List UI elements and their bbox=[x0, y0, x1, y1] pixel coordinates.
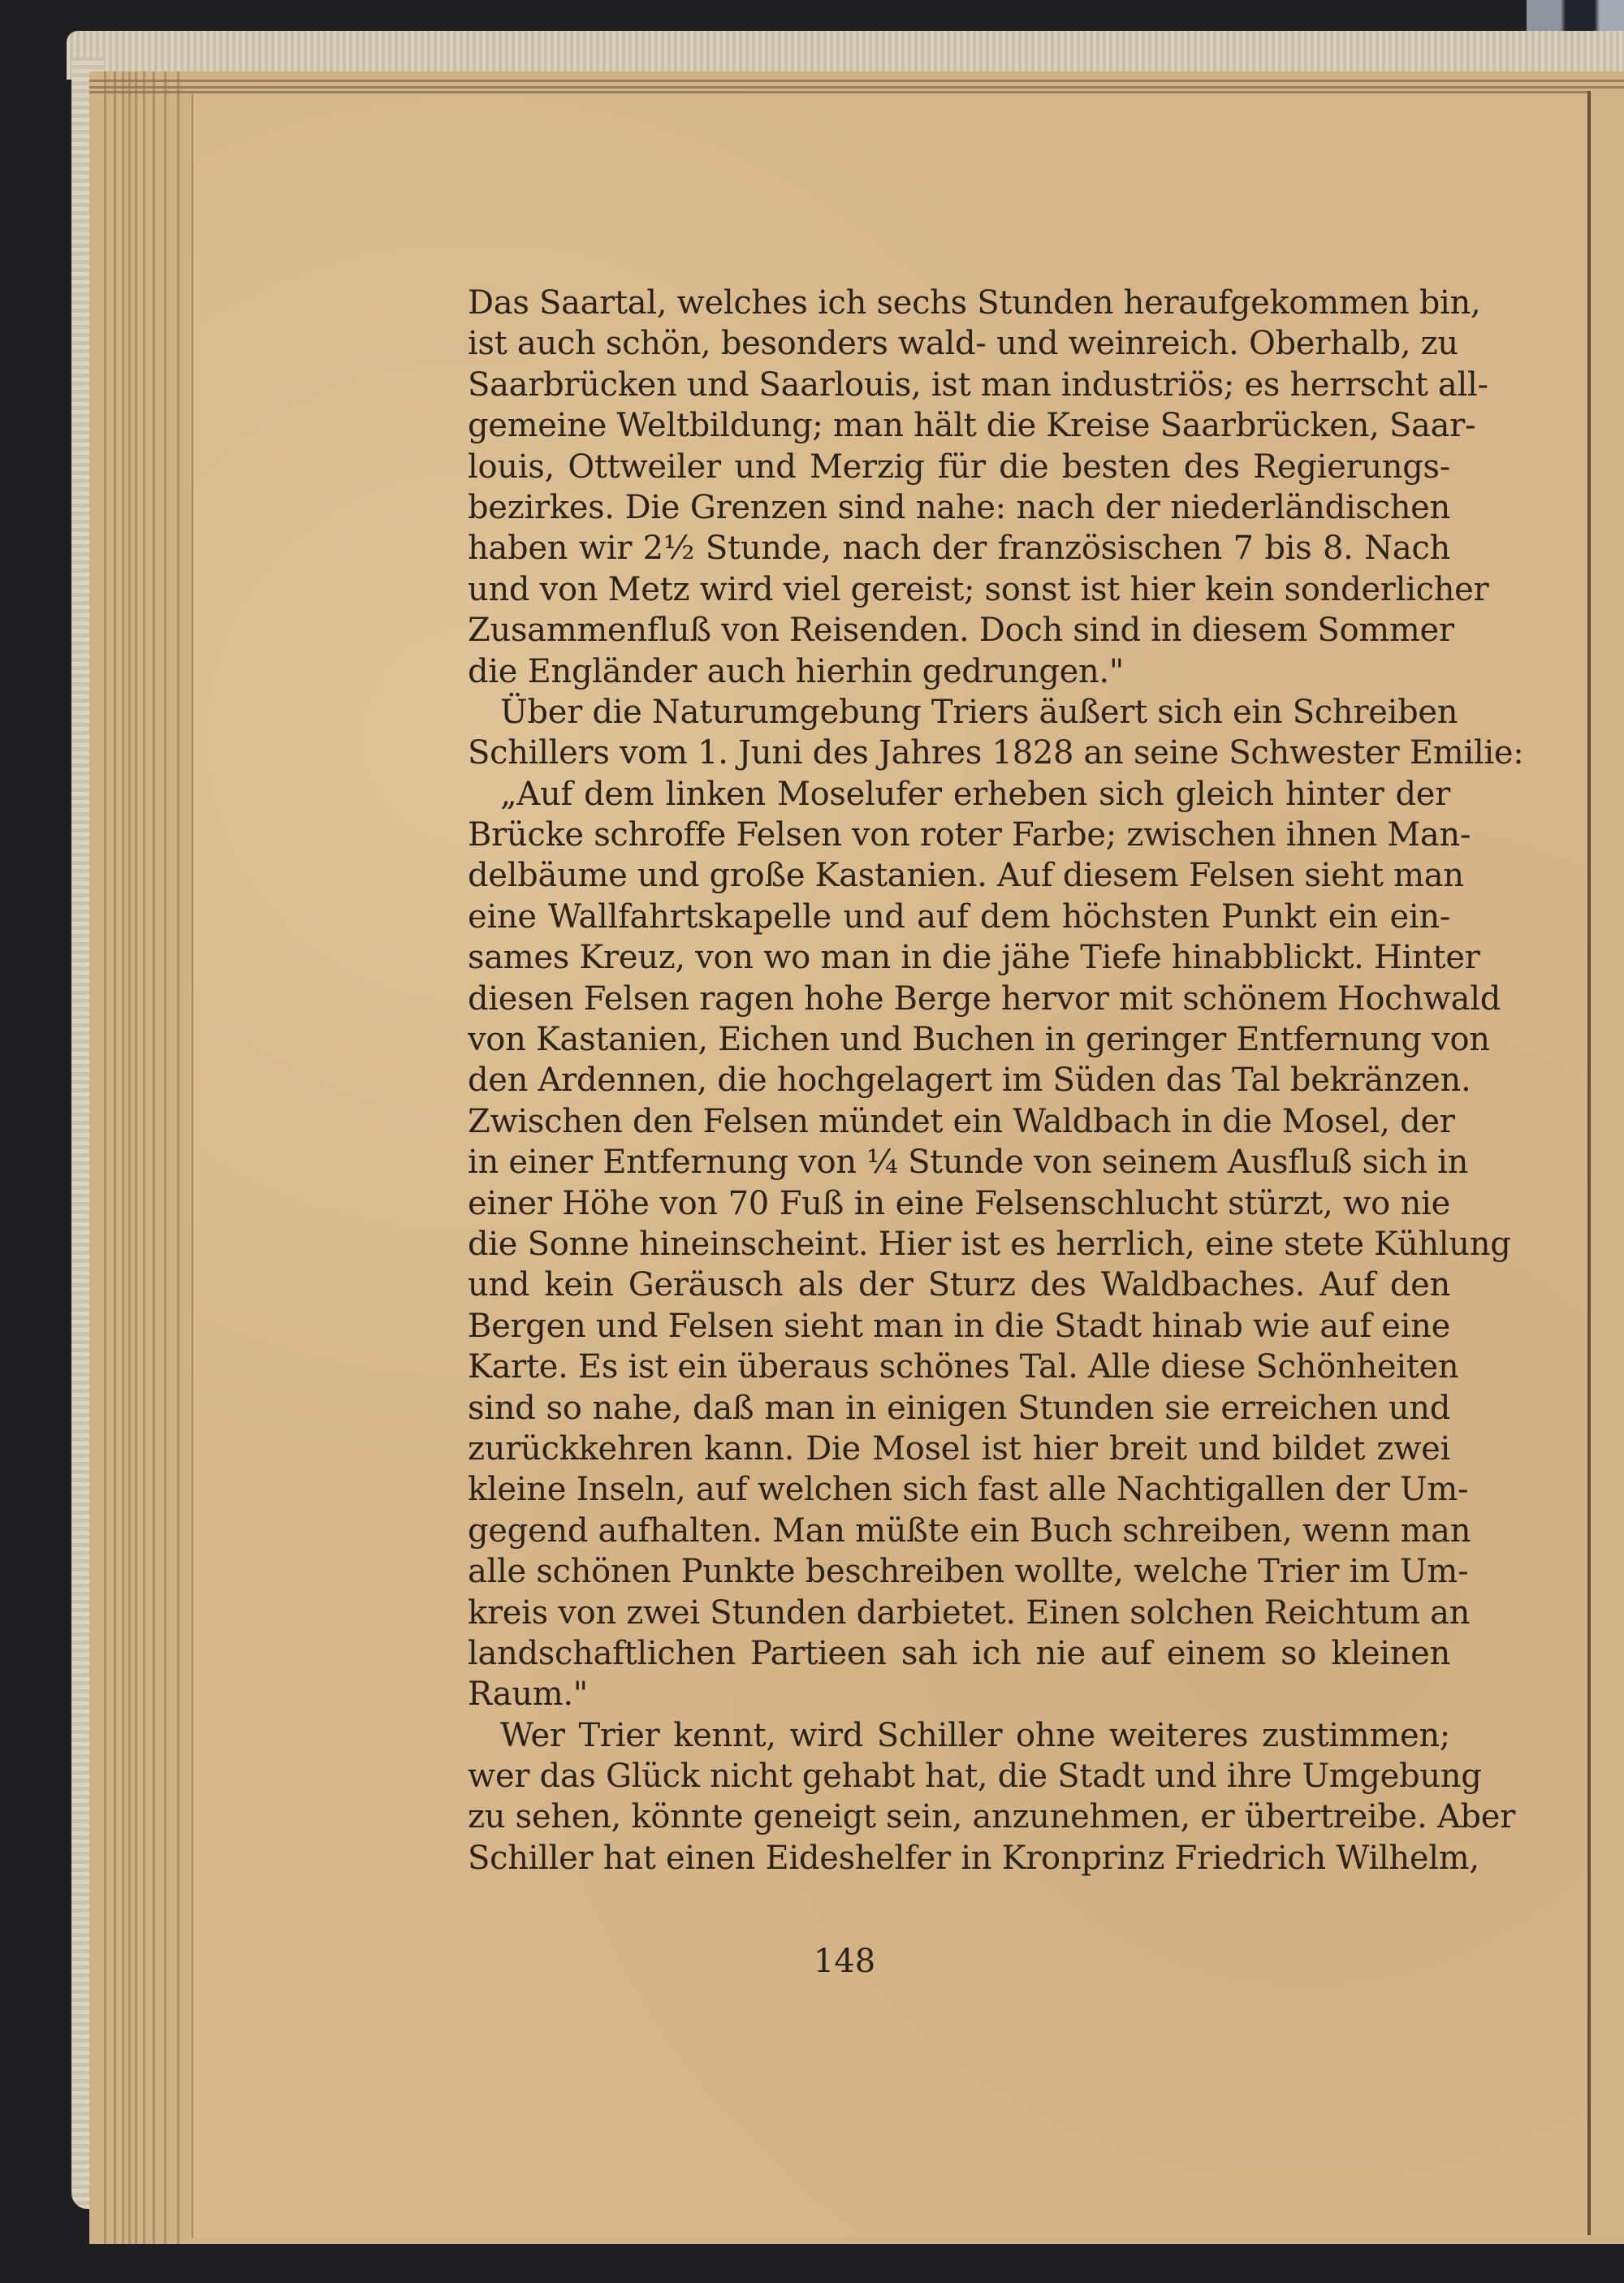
text-line: haben wir 2½ Stunde, nach der französisc… bbox=[468, 528, 1450, 569]
paragraph-start-line: Über die Naturumgebung Triers äußert sic… bbox=[468, 692, 1450, 733]
page-edge-line bbox=[122, 71, 124, 2244]
page-edge-line bbox=[177, 71, 179, 2244]
text-line: sames Kreuz, von wo man in die jähe Tief… bbox=[468, 937, 1450, 978]
page-edge-line bbox=[89, 80, 1624, 82]
text-line: den Ardennen, die hochgelagert im Süden … bbox=[468, 1060, 1450, 1100]
text-line: eine Wallfahrtskapelle und auf dem höchs… bbox=[468, 897, 1450, 937]
page-edge-line bbox=[143, 71, 145, 2244]
text-line: Raum." bbox=[468, 1674, 1450, 1714]
paragraph-start-line: „Auf dem linken Moselufer erheben sich g… bbox=[468, 774, 1450, 815]
text-line: Karte. Es ist ein überaus schönes Tal. A… bbox=[468, 1347, 1450, 1387]
text-line: in einer Entfernung von ¼ Stunde von sei… bbox=[468, 1142, 1450, 1183]
text-line: die Engländer auch hierhin gedrungen." bbox=[468, 651, 1450, 692]
text-line: louis, Ottweiler und Merzig für die best… bbox=[468, 447, 1450, 487]
text-line: und kein Geräusch als der Sturz des Wald… bbox=[468, 1265, 1450, 1305]
text-line: ist auch schön, besonders wald- und wein… bbox=[468, 323, 1450, 364]
page-number: 148 bbox=[0, 1943, 1624, 1980]
text-line: Bergen und Felsen sieht man in die Stadt… bbox=[468, 1306, 1450, 1347]
text-line: von Kastanien, Eichen und Buchen in geri… bbox=[468, 1019, 1450, 1060]
text-line: Zusammenfluß von Reisenden. Doch sind in… bbox=[468, 610, 1450, 651]
page-edge-line bbox=[114, 71, 116, 2244]
page-edge-line bbox=[89, 86, 1624, 89]
next-page-edge bbox=[1587, 91, 1624, 2235]
page-edge-line bbox=[89, 91, 1624, 93]
text-line: Das Saartal, welches ich sechs Stunden h… bbox=[468, 283, 1450, 323]
body-text: Das Saartal, welches ich sechs Stunden h… bbox=[468, 283, 1450, 1879]
page-edge-line bbox=[128, 71, 131, 2244]
text-line: bezirkes. Die Grenzen sind nahe: nach de… bbox=[468, 487, 1450, 528]
text-line: kleine Inseln, auf welchen sich fast all… bbox=[468, 1469, 1450, 1510]
text-line: Brücke schroffe Felsen von roter Farbe; … bbox=[468, 815, 1450, 855]
text-line: zu sehen, könnte geneigt sein, anzunehme… bbox=[468, 1797, 1450, 1837]
page-edge-line bbox=[153, 71, 155, 2244]
page-edge-line bbox=[135, 71, 137, 2244]
text-line: delbäume und große Kastanien. Auf diesem… bbox=[468, 855, 1450, 896]
paragraph-start-line: Wer Trier kennt, wird Schiller ohne weit… bbox=[468, 1715, 1450, 1756]
text-line: und von Metz wird viel gereist; sonst is… bbox=[468, 569, 1450, 610]
text-line: wer das Glück nicht gehabt hat, die Stad… bbox=[468, 1756, 1450, 1797]
text-line: landschaftlichen Partieen sah ich nie au… bbox=[468, 1633, 1450, 1674]
text-line: Saarbrücken und Saarlouis, ist man indus… bbox=[468, 365, 1450, 405]
text-line: zurückkehren kann. Die Mosel ist hier br… bbox=[468, 1429, 1450, 1469]
text-line: gegend aufhalten. Man müßte ein Buch sch… bbox=[468, 1511, 1450, 1551]
text-line: Schillers vom 1. Juni des Jahres 1828 an… bbox=[468, 733, 1450, 773]
text-line: kreis von zwei Stunden darbietet. Einen … bbox=[468, 1593, 1450, 1633]
text-line: Schiller hat einen Eideshelfer in Kronpr… bbox=[468, 1838, 1450, 1879]
page-edge-line bbox=[104, 71, 106, 2244]
text-line: gemeine Weltbildung; man hält die Kreise… bbox=[468, 405, 1450, 446]
text-line: alle schönen Punkte beschreiben wollte, … bbox=[468, 1551, 1450, 1592]
text-line: Zwischen den Felsen mündet ein Waldbach … bbox=[468, 1101, 1450, 1142]
text-line: sind so nahe, daß man in einigen Stunden… bbox=[468, 1388, 1450, 1429]
text-line: diesen Felsen ragen hohe Berge hervor mi… bbox=[468, 979, 1450, 1019]
text-line: die Sonne hineinscheint. Hier ist es her… bbox=[468, 1224, 1450, 1265]
text-line: einer Höhe von 70 Fuß in eine Felsenschl… bbox=[468, 1183, 1450, 1224]
page-edge-line bbox=[164, 71, 166, 2244]
